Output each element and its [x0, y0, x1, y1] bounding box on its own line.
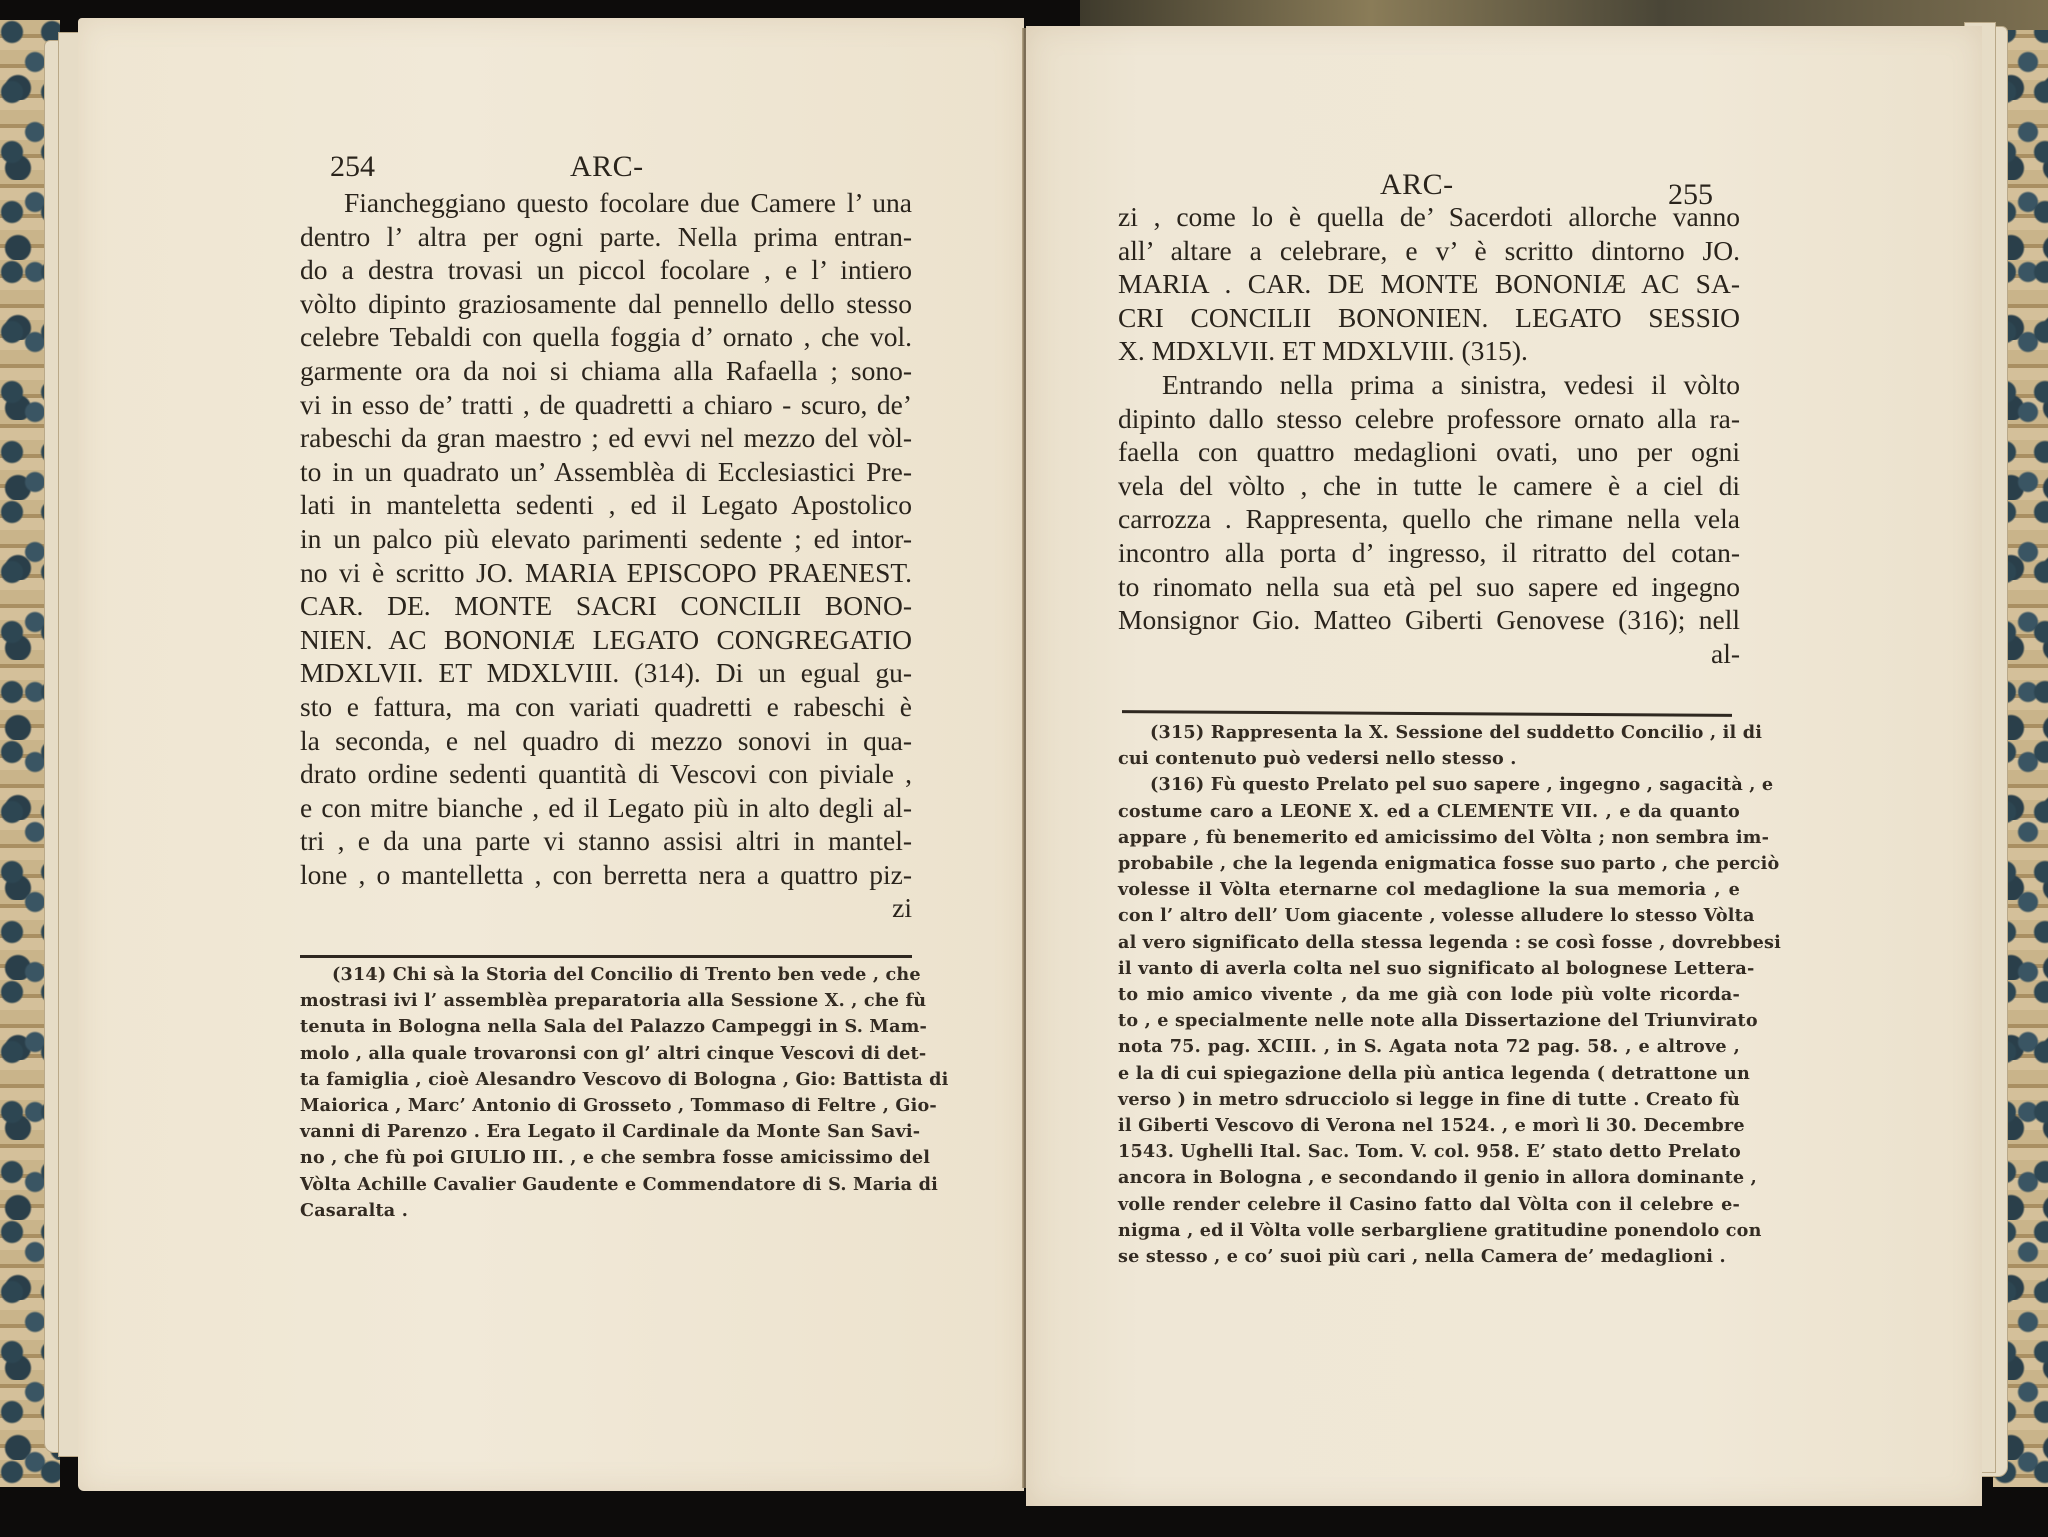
text-line: vela del vòlto , che in tutte le camere …	[1118, 469, 1740, 503]
text-line: appare , fù benemerito ed amicissimo del…	[1118, 825, 1740, 851]
left-page-footnotes: (314) Chi sà la Storia del Concilio di T…	[300, 962, 912, 1224]
text-line: faella con quattro medaglioni ovati, uno…	[1118, 435, 1740, 469]
text-line: X. MDXLVII. ET MDXLVIII. (315).	[1118, 334, 1740, 368]
text-line: Monsignor Gio. Matteo Giberti Genovese (…	[1118, 603, 1740, 637]
text-line: Maiorica , Marc’ Antonio di Grosseto , T…	[300, 1093, 912, 1119]
right-page-body: zi , come lo è quella de’ Sacerdoti allo…	[1118, 200, 1740, 670]
text-line: il Giberti Vescovo di Verona nel 1524. ,…	[1118, 1113, 1740, 1139]
text-line: Vòlta Achille Cavalier Gaudente e Commen…	[300, 1172, 912, 1198]
text-line: volle render celebre il Casino fatto dal…	[1118, 1192, 1740, 1218]
text-line: in un palco più elevato parimenti sedent…	[300, 522, 912, 556]
text-line: to rinomato nella sua età pel suo sapere…	[1118, 570, 1740, 604]
text-line: CAR. DE. MONTE SACRI CONCILII BONO-	[300, 589, 912, 623]
text-line: verso ) in metro sdrucciolo si legge in …	[1118, 1087, 1740, 1113]
running-head-left: ARC-	[570, 150, 644, 184]
text-line: MDXLVII. ET MDXLVIII. (314). Di un egual…	[300, 656, 912, 690]
text-line: e la di cui spiegazione della più antica…	[1118, 1061, 1740, 1087]
text-line: Casaralta .	[300, 1198, 912, 1224]
text-line: no , che fù poi GIULIO III. , e che semb…	[300, 1145, 912, 1171]
text-line: carrozza . Rappresenta, quello che riman…	[1118, 502, 1740, 536]
text-line: nigma , ed il Vòlta volle serbargliene g…	[1118, 1218, 1740, 1244]
text-line: ancora in Bologna , e secondando il geni…	[1118, 1165, 1740, 1191]
text-line: probabile , che la legenda enigmatica fo…	[1118, 851, 1740, 877]
text-line: incontro alla porta d’ ingresso, il ritr…	[1118, 536, 1740, 570]
text-line: (315) Rappresenta la X. Sessione del sud…	[1118, 720, 1740, 746]
text-line: e con mitre bianche , ed il Legato più i…	[300, 791, 912, 825]
left-page-body: Fiancheggiano questo focolare due Camere…	[300, 186, 912, 925]
text-line: al vero significato della stessa legenda…	[1118, 930, 1740, 956]
text-line: se stesso , e co’ suoi più cari , nella …	[1118, 1244, 1740, 1270]
text-line: CRI CONCILII BONONIEN. LEGATO SESSIO	[1118, 301, 1740, 335]
text-line: costume caro a LEONE X. ed a CLEMENTE VI…	[1118, 799, 1740, 825]
page-number-left: 254	[330, 150, 375, 184]
text-line: dipinto dallo stesso celebre professore …	[1118, 402, 1740, 436]
text-line: rabeschi da gran maestro ; ed evvi nel m…	[300, 421, 912, 455]
text-line: vi in esso de’ tratti , de quadretti a c…	[300, 388, 912, 422]
text-line: drato ordine sedenti quantità di Vescovi…	[300, 757, 912, 791]
text-line: con l’ altro dell’ Uom giacente , voless…	[1118, 903, 1740, 929]
text-line: no vi è scritto JO. MARIA EPISCOPO PRAEN…	[300, 556, 912, 590]
footnote-rule-left	[300, 955, 912, 958]
right-page-footnotes: (315) Rappresenta la X. Sessione del sud…	[1118, 720, 1740, 1270]
text-line: dentro l’ altra per ogni parte. Nella pr…	[300, 220, 912, 254]
text-line: Entrando nella prima a sinistra, vedesi …	[1118, 368, 1740, 402]
text-line: sto e fattura, ma con variati quadretti …	[300, 690, 912, 724]
text-line: MARIA . CAR. DE MONTE BONONIÆ AC SA-	[1118, 267, 1740, 301]
text-line: celebre Tebaldi con quella foggia d’ orn…	[300, 320, 912, 354]
text-line: (316) Fù questo Prelato pel suo sapere ,…	[1118, 772, 1740, 798]
text-line: al-	[1118, 637, 1740, 671]
text-line: NIEN. AC BONONIÆ LEGATO CONGREGATIO	[300, 623, 912, 657]
text-line: to mio amico vivente , da me già con lod…	[1118, 982, 1740, 1008]
text-line: tri , e da una parte vi stanno assisi al…	[300, 824, 912, 858]
text-line: mostrasi ivi l’ assemblèa preparatoria a…	[300, 988, 912, 1014]
text-line: zi , come lo è quella de’ Sacerdoti allo…	[1118, 200, 1740, 234]
text-line: 1543. Ughelli Ital. Sac. Tom. V. col. 95…	[1118, 1139, 1740, 1165]
text-line: cui contenuto può vedersi nello stesso .	[1118, 746, 1740, 772]
text-line: ta famiglia , cioè Alesandro Vescovo di …	[300, 1067, 912, 1093]
running-head-right: ARC-	[1380, 168, 1454, 202]
text-line: nota 75. pag. XCIII. , in S. Agata nota …	[1118, 1034, 1740, 1060]
text-line: vanni di Parenzo . Era Legato il Cardina…	[300, 1119, 912, 1145]
text-line: tenuta in Bologna nella Sala del Palazzo…	[300, 1014, 912, 1040]
text-line: la seconda, e nel quadro di mezzo sonovi…	[300, 724, 912, 758]
text-line: garmente ora da noi si chiama alla Rafae…	[300, 354, 912, 388]
text-line: zi	[300, 891, 912, 925]
text-line: Fiancheggiano questo focolare due Camere…	[300, 186, 912, 220]
text-line: lone , o mantelletta , con berretta nera…	[300, 858, 912, 892]
text-line: lati in manteletta sedenti , ed il Legat…	[300, 488, 912, 522]
text-line: molo , alla quale trovaronsi con gl’ alt…	[300, 1041, 912, 1067]
text-line: do a destra trovasi un piccol focolare ,…	[300, 253, 912, 287]
text-line: (314) Chi sà la Storia del Concilio di T…	[300, 962, 912, 988]
text-line: il vanto di averla colta nel suo signifi…	[1118, 956, 1740, 982]
text-line: all’ altare a celebrare, e v’ è scritto …	[1118, 234, 1740, 268]
text-line: to , e specialmente nelle note alla Diss…	[1118, 1008, 1740, 1034]
text-line: volesse il Vòlta eternarne col medaglion…	[1118, 877, 1740, 903]
text-line: vòlto dipinto graziosamente dal pennello…	[300, 287, 912, 321]
text-line: to in un quadrato un’ Assemblèa di Eccle…	[300, 455, 912, 489]
